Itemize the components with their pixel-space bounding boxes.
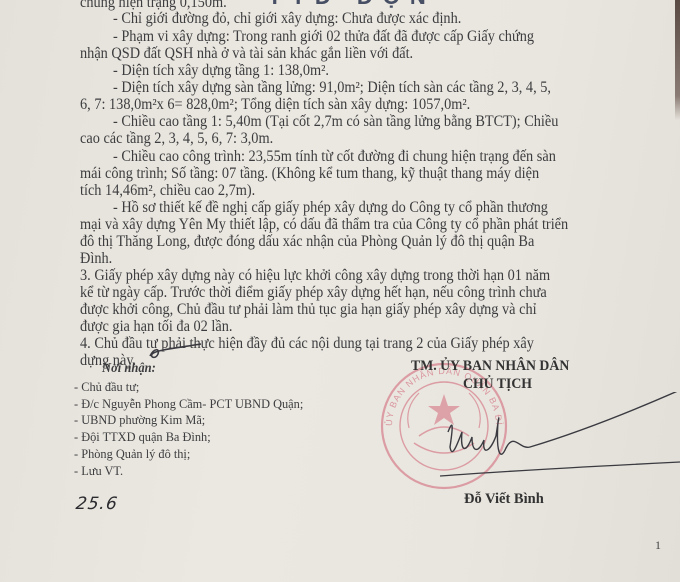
signature xyxy=(380,392,680,502)
document-line: - Chỉ giới đường đỏ, chỉ giới xây dựng: … xyxy=(113,10,461,27)
document-line: - Diện tích xây dựng tầng 1: 138,0m². xyxy=(113,62,329,79)
document-line: mái công trình; Số tầng: 07 tầng. (Không… xyxy=(80,165,539,182)
recipient-item: - Chủ đầu tư; xyxy=(74,378,139,395)
recipient-item: - Đội TTXD quận Ba Đình; xyxy=(74,428,211,445)
signer-name: Đỗ Viết Bình xyxy=(464,491,544,508)
recipient-item: - Đ/c Nguyễn Phong Cầm- PCT UBND Quận; xyxy=(74,395,303,412)
recipient-item: - Phòng Quản lý đô thị; xyxy=(74,445,190,462)
signature-org-line: TM. ỦY BAN NHÂN DÂN xyxy=(411,358,569,375)
document-line: 6, 7: 138,0m²x 6= 828,0m²; Tổng diện tíc… xyxy=(80,96,470,113)
document-line: tích 14,46m², chiều cao 2,7m). xyxy=(80,182,255,199)
document-line: - Hồ sơ thiết kế đề nghị cấp giấy phép x… xyxy=(113,199,548,216)
handwritten-note: 25.6 xyxy=(75,494,120,514)
document-line: mại và xây dựng Yên My thiết lập, có dấu… xyxy=(80,216,568,233)
document-line: được gia hạn tối đa 02 lần. xyxy=(80,318,232,335)
recipient-item: - Lưu VT. xyxy=(74,462,123,479)
recipient-item: - UBND phường Kim Mã; xyxy=(74,411,205,428)
document-line: được khởi công, Chủ đầu tư phải làm thủ … xyxy=(80,301,537,318)
document-line: cao các tầng 2, 3, 4, 5, 6, 7: 3,0m. xyxy=(80,130,273,147)
header-fragment: TTĐ ĐỘN xyxy=(268,0,436,10)
document-line: kể từ ngày cấp. Trước thời điểm giấy phé… xyxy=(80,284,547,301)
signature-role-line: CHỦ TỊCH xyxy=(463,376,532,393)
page-number: 1 xyxy=(655,538,661,553)
document-line: - Chiều cao công trình: 23,55m tính từ c… xyxy=(113,148,556,165)
document-line: 3. Giấy phép xây dựng này có hiệu lực kh… xyxy=(80,267,550,284)
document-line: Đình. xyxy=(80,250,112,267)
document-line: - Phạm vi xây dựng: Trong ranh giới 02 t… xyxy=(113,28,534,45)
document-line: nhận QSD đất QSH nhà ở và tài sản khác g… xyxy=(80,45,413,62)
page-edge-shadow xyxy=(675,0,680,120)
handwritten-checkmark xyxy=(146,342,206,364)
document-line: - Diện tích xây dựng sàn tầng lửng: 91,0… xyxy=(113,79,551,96)
document-line: - Chiều cao tầng 1: 5,40m (Tại cốt 2,7m … xyxy=(113,113,558,130)
document-line: đô thị Thăng Long, được đóng dấu xác nhậ… xyxy=(80,233,534,250)
